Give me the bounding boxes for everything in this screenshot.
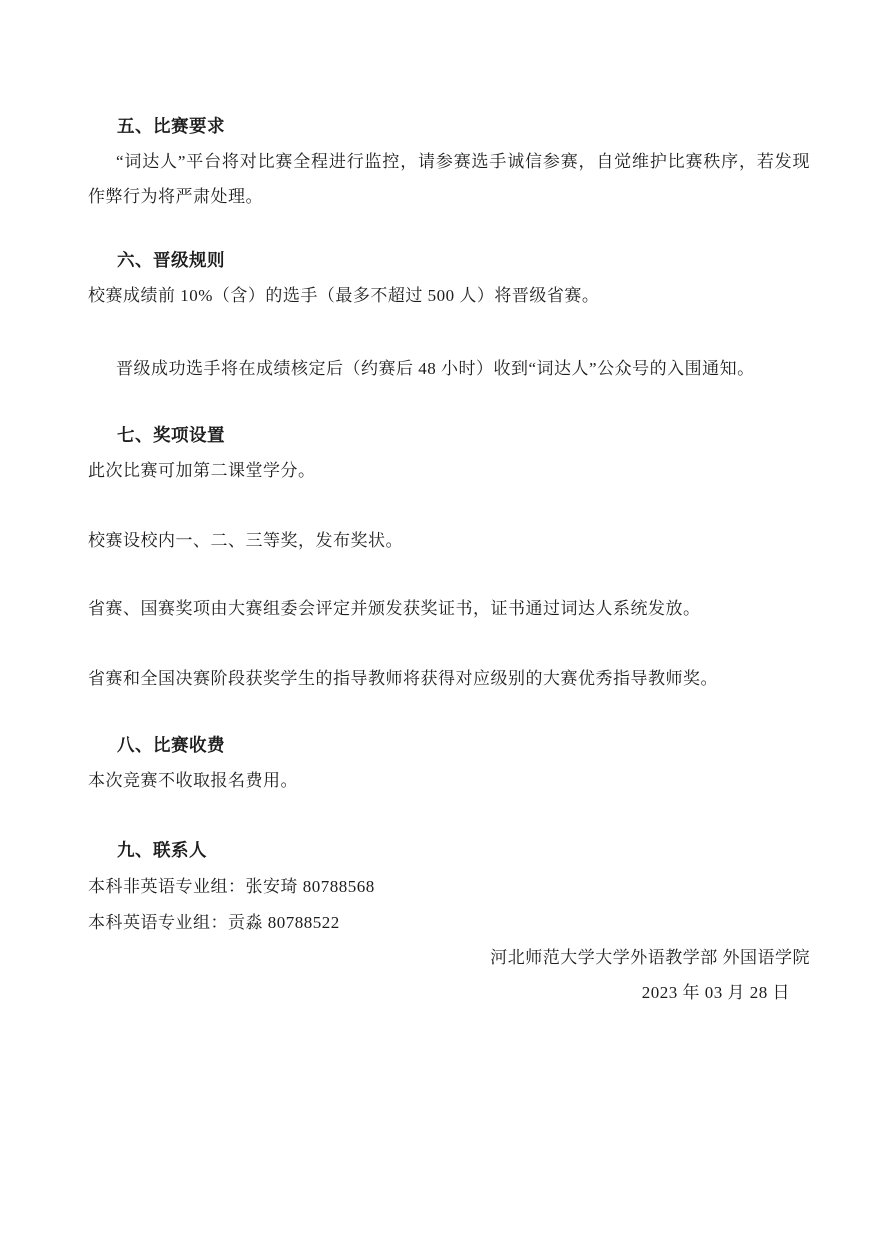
paragraph-fees: 本次竞赛不收取报名费用。 — [88, 763, 810, 798]
signature-organization: 河北师范大学大学外语教学部 外国语学院 — [88, 940, 810, 975]
section-heading-8: 八、比赛收费 — [88, 728, 810, 763]
paragraph-awards-1: 此次比赛可加第二课堂学分。 — [88, 453, 810, 488]
paragraph-awards-3: 省赛、国赛奖项由大赛组委会评定并颁发获奖证书，证书通过词达人系统发放。 — [88, 591, 810, 626]
section-heading-5: 五、比赛要求 — [88, 109, 810, 144]
section-heading-7: 七、奖项设置 — [88, 418, 810, 453]
contact-line-english-major: 本科英语专业组：贡淼 80788522 — [88, 905, 810, 940]
section-heading-9: 九、联系人 — [88, 833, 810, 868]
paragraph-awards-2: 校赛设校内一、二、三等奖，发布奖状。 — [88, 523, 810, 558]
paragraph-advancement-1: 校赛成绩前 10%（含）的选手（最多不超过 500 人）将晋级省赛。 — [88, 278, 810, 313]
signature-date: 2023 年 03 月 28 日 — [88, 975, 810, 1010]
document-page: 五、比赛要求 “词达人”平台将对比赛全程进行监控，请参赛选手诚信参赛，自觉维护比… — [0, 0, 880, 1244]
contact-line-non-english-major: 本科非英语专业组：张安琦 80788568 — [88, 869, 810, 904]
section-heading-6: 六、晋级规则 — [88, 243, 810, 278]
paragraph-awards-4: 省赛和全国决赛阶段获奖学生的指导教师将获得对应级别的大赛优秀指导教师奖。 — [88, 661, 810, 696]
paragraph-requirements: “词达人”平台将对比赛全程进行监控，请参赛选手诚信参赛，自觉维护比赛秩序，若发现… — [88, 144, 810, 214]
paragraph-advancement-2: 晋级成功选手将在成绩核定后（约赛后 48 小时）收到“词达人”公众号的入围通知。 — [88, 351, 810, 386]
